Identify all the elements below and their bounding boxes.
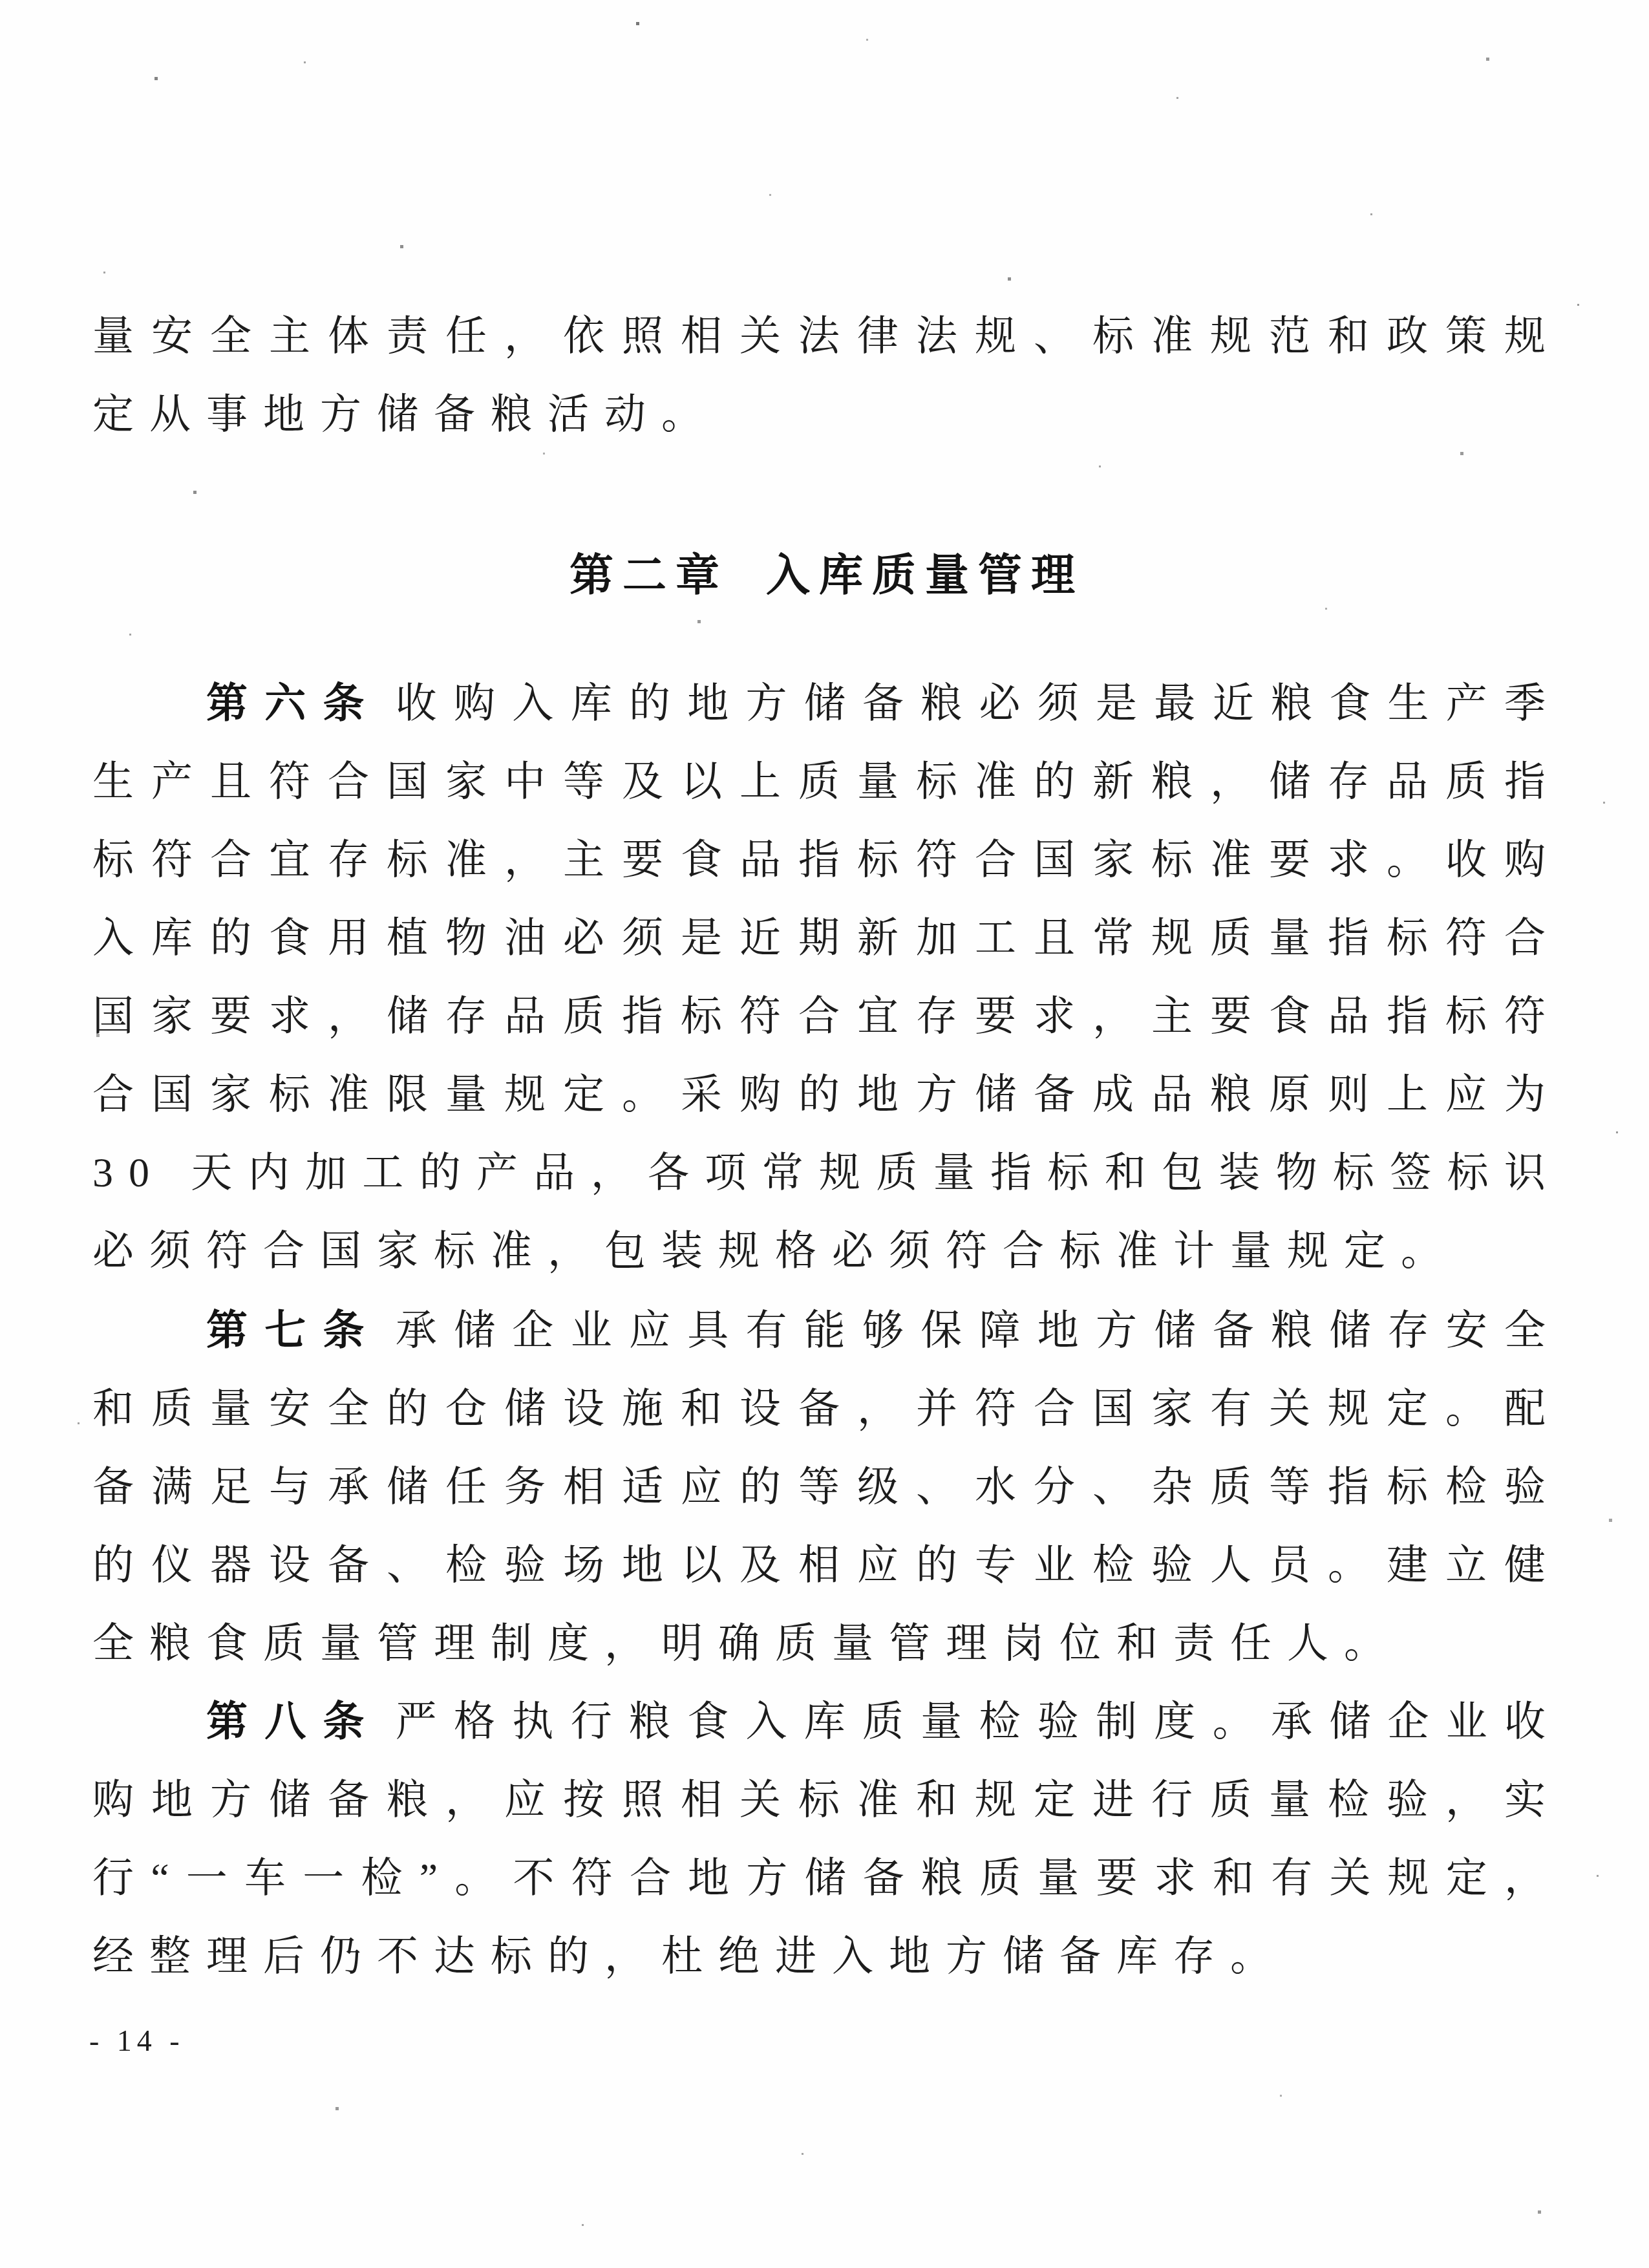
chapter-number: 第二章 [569,551,729,600]
chapter-title: 入库质量管理 [766,551,1084,600]
article-label: 第七条 [206,1307,381,1353]
scan-noise [0,0,2,2]
paragraph-intro: 量安全主体责任，依照相关法律法规、标准规范和政策规定从事地方储备粮活动。 [92,297,1561,453]
article-label: 第八条 [206,1698,381,1744]
article-text: 收购入库的地方储备粮必须是最近粮食生产季生产且符合国家中等及以上质量标准的新粮，… [92,680,1561,1274]
article-paragraph-7: 第七条承储企业应具有能够保障地方储备粮储存安全和质量安全的仓储设施和设备，并符合… [92,1291,1561,1682]
article-label: 第六条 [206,680,381,726]
article-text: 承储企业应具有能够保障地方储备粮储存安全和质量安全的仓储设施和设备，并符合国家有… [92,1307,1561,1666]
article-paragraph-8: 第八条严格执行粮食入库质量检验制度。承储企业收购地方储备粮，应按照相关标准和规定… [92,1682,1561,1995]
article-paragraph-6: 第六条收购入库的地方储备粮必须是最近粮食生产季生产且符合国家中等及以上质量标准的… [92,664,1561,1290]
chapter-heading: 第二章入库质量管理 [92,540,1561,603]
page-number: - 14 - [89,2024,185,2058]
document-page: 量安全主体责任，依照相关法律法规、标准规范和政策规定从事地方储备粮活动。 第二章… [0,0,1649,2268]
